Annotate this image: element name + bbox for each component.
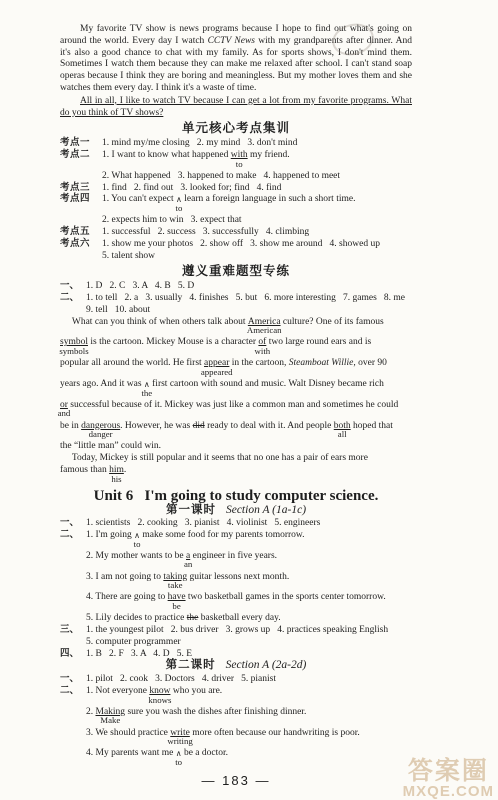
text-span: learn a foreign language in such a short… [182,194,356,204]
text-line: symbolsymbols is the cartoon. Mickey Mou… [60,337,412,358]
text-line: 1. scientists 2. cooking 3. pianist 4. v… [86,518,412,530]
text-line: 1. find 2. find out 3. looked for; find … [102,183,412,195]
answer-row: 考点三1. find 2. find out 3. looked for; fi… [60,183,412,195]
text-span: be in [60,421,81,431]
unit-heading: Unit 6 I'm going to study computer scien… [60,491,412,503]
row-content: 1. mind my/me closing 2. my mind 3. don'… [102,138,412,150]
inserted-word: to [175,758,182,767]
answer-row: 一、1. pilot 2. cook 3. Doctors 4. driver … [60,674,412,686]
corrected-word: symbols [59,347,88,356]
text-span: years ago. And it was [60,379,144,389]
row-label: 一、 [60,518,86,530]
text-span: culture? One of its famous [281,317,384,327]
answer-row: 考点一1. mind my/me closing 2. my mind 3. d… [60,138,412,150]
text-span: ready to deal with it. And people [205,421,334,431]
text-span: in the cartoon, [229,358,288,368]
correction-replace: aan [186,551,190,563]
correction-replace: AmericaAmerican [248,317,281,329]
row-content: 1. find 2. find out 3. looked for; find … [102,183,412,195]
row-content: 1. D 2. C 3. A 4. B 5. D [86,281,412,293]
text-span: 1. I'm going [86,530,134,540]
lesson-heading-2: 第二课时Section A (2a-2d) [60,660,412,672]
corrected-word: appeared [201,368,233,377]
deleted-word: did [193,421,205,431]
inserted-word: the [141,389,152,398]
text-line: 1. show me your photos 2. show off 3. sh… [102,239,412,251]
correction-insert: ∧to [176,194,182,206]
correction-insert: ∧to [176,748,182,760]
text-line: 4. My parents want me ∧to be a doctor. [86,748,412,769]
answer-row: 三、1. the youngest pilot 2. bus driver 3.… [60,625,412,649]
text-span: basketball every day. [198,613,280,623]
text-line: famous than himhis. [60,465,412,486]
deleted-word: the [187,613,199,623]
section-heading-core-points: 单元核心考点集训 [60,123,412,135]
text-line: the “little man” could win. [60,441,412,453]
text-span: engineer in five years. [190,551,277,561]
text-line: 1. mind my/me closing 2. my mind 3. don'… [102,138,412,150]
text-line: 1. to tell 2. a 3. usually 4. finishes 5… [86,293,412,305]
answer-row: 一、1. D 2. C 3. A 4. B 5. D [60,281,412,293]
row-label: 考点一 [60,138,102,150]
text-span: 1. mind my/me closing 2. my mind 3. don'… [102,138,297,148]
text-line: 3. I am not going to takingtake guitar l… [86,572,412,593]
correction-replace: appearappeared [204,358,229,370]
text-span: 5. talent show [102,251,155,261]
correction-replace: withto [231,150,248,162]
correction-replace: dangerousdanger [81,421,120,433]
text-span: 1. pilot 2. cook 3. Doctors 4. driver 5.… [86,674,276,684]
correction-replace: orand [60,400,68,412]
text-span: the “little man” could win. [60,441,161,451]
text-span: 2. expects him to win 3. expect that [102,215,242,225]
text-span: . [124,465,126,475]
corrected-word: his [111,475,121,484]
text-line: 5. computer programmer [86,637,412,649]
answer-row: 考点五1. successful 2. success 3. successfu… [60,227,412,239]
page-number: — 183 — [60,773,412,788]
text-span: be a doctor. [182,748,228,758]
lesson-heading-english: Section A (2a-2d) [226,659,307,671]
row-content: 1. You can't expect ∧to learn a foreign … [102,194,412,227]
section-heading-zunyi-practice: 遵义重难题型专练 [60,266,412,278]
corrected-word: an [184,560,192,569]
text-span: 5. computer programmer [86,637,181,647]
text-span: two basketball games in the sports cente… [186,592,386,602]
row-label: 一、 [60,281,86,293]
text-span: 2. My mother wants to be [86,551,186,561]
text-span: 1. the youngest pilot 2. bus driver 3. g… [86,625,388,635]
text-span: 1. D 2. C 3. A 4. B 5. D [86,281,194,291]
text-span: 3. I am not going to [86,572,163,582]
answer-row: 二、1. Not everyone knowknows who you are.… [60,686,412,769]
correction-replace: knowknows [149,686,170,698]
text-span: , over 90 [353,358,387,368]
row-content: 1. scientists 2. cooking 3. pianist 4. v… [86,518,412,530]
correction-replace: himhis [109,465,124,477]
text-span: is the cartoon. Mickey Mouse is a charac… [88,337,258,347]
answer-row: 二、1. I'm going ∧to make some food for my… [60,530,412,625]
text-line: be in dangerousdanger. However, he was d… [60,421,412,442]
text-line: 1. I'm going ∧to make some food for my p… [86,530,412,551]
text-line: 1. successful 2. success 3. successfully… [102,227,412,239]
text-line: 2. expects him to win 3. expect that [102,215,412,227]
answer-row: 考点二1. I want to know what happened witht… [60,150,412,183]
row-label: 考点三 [60,183,102,195]
correction-insert: ∧the [144,379,150,391]
row-content: 1. show me your photos 2. show off 3. sh… [102,239,412,263]
text-line: 4. There are going to havebe two basketb… [86,592,412,613]
corrected-word: Make [100,716,120,725]
corrected-word: danger [89,430,113,439]
text-line: 3. We should practice writewriting more … [86,728,412,749]
answer-row: 一、1. scientists 2. cooking 3. pianist 4.… [60,518,412,530]
text-span: CCTV News [208,36,255,46]
watermark-site: MXQE.COM [403,784,494,800]
text-line: 5. Lily decides to practice the basketba… [86,613,412,625]
text-span: 1. You can't expect [102,194,176,204]
row-label: 考点六 [60,239,102,263]
correction-replace: bothall [334,421,351,433]
text-line: 9. tell 10. about [86,305,412,317]
corrected-word: and [58,409,71,418]
text-span: who you are. [170,686,222,696]
text-span: 1. B 2. F 3. A 4. D 5. E [86,649,192,659]
correction-replace: writewriting [170,728,190,740]
corrected-word: take [168,581,183,590]
text-span: 3. We should practice [86,728,170,738]
answer-row: 二、1. to tell 2. a 3. usually 4. finishes… [60,293,412,317]
text-span: popular all around the world. He first [60,358,204,368]
text-line: What can you think of when others talk a… [60,317,412,338]
lesson-heading-chinese: 第一课时 [166,504,216,516]
text-span: Steamboat Willie [289,358,354,368]
text-span: 2. What happened 3. happened to make 4. … [102,171,340,181]
text-line: 1. Not everyone knowknows who you are. [86,686,412,707]
page-content: My favorite TV show is news programs bec… [60,24,412,769]
row-label: 考点四 [60,194,102,227]
lesson-heading-english: Section A (1a-1c) [226,504,306,516]
text-line: orand successful because of it. Mickey w… [60,400,412,421]
correction-replace: MakingMake [96,707,126,719]
lesson-heading-1: 第一课时Section A (1a-1c) [60,505,412,517]
text-span: make some food for my parents tomorrow. [140,530,305,540]
text-line: 2. What happened 3. happened to make 4. … [102,171,412,183]
row-label: 一、 [60,674,86,686]
corrected-word: American [247,326,282,335]
text-span: 5. Lily decides to practice [86,613,187,623]
row-label: 三、 [60,625,86,649]
correction-replace: havebe [168,592,186,604]
row-content: 1. to tell 2. a 3. usually 4. finishes 5… [86,293,412,317]
row-content: 1. I want to know what happened withto m… [102,150,412,183]
text-line: 2. My mother wants to be aan engineer in… [86,551,412,572]
text-span: my friend. [248,150,290,160]
answer-row: 考点四1. You can't expect ∧to learn a forei… [60,194,412,227]
lesson-heading-chinese: 第二课时 [166,659,216,671]
text-line: years ago. And it was ∧the first cartoon… [60,379,412,400]
corrected-word: be [172,602,180,611]
text-span: more often because our handwriting is po… [190,728,360,738]
row-label: 考点二 [60,150,102,183]
row-content: 1. pilot 2. cook 3. Doctors 4. driver 5.… [86,674,412,686]
text-line: 5. talent show [102,251,412,263]
text-span: 1. find 2. find out 3. looked for; find … [102,183,281,193]
corrected-word: writing [167,737,192,746]
text-line: Today, Mickey is still popular and it se… [60,453,412,465]
text-line: popular all around the world. He first a… [60,358,412,379]
text-line: 1. I want to know what happened withto m… [102,150,412,171]
text-span: 1. Not everyone [86,686,149,696]
inserted-word: to [134,540,141,549]
corrected-word: to [236,160,243,169]
text-span: successful because of it. Mickey was jus… [68,400,398,410]
passage-correction-block: What can you think of when others talk a… [60,317,412,486]
text-span: Today, Mickey is still popular and it se… [60,453,368,463]
text-span: . However, he was [120,421,192,431]
text-span: first cartoon with sound and music. Walt… [150,379,384,389]
text-span: 1. I want to know what happened [102,150,231,160]
correction-replace: takingtake [163,572,187,584]
correction-replace: symbolsymbols [60,337,88,349]
row-label: 二、 [60,530,86,625]
row-content: 1. I'm going ∧to make some food for my p… [86,530,412,625]
text-span: 1. successful 2. success 3. successfully… [102,227,309,237]
text-line: 1. D 2. C 3. A 4. B 5. D [86,281,412,293]
row-label: 四、 [60,649,86,661]
text-span: 1. scientists 2. cooking 3. pianist 4. v… [86,518,320,528]
scanned-answer-page: My favorite TV show is news programs bec… [0,0,498,800]
correction-replace: ofwith [258,337,266,349]
answer-row: 考点六1. show me your photos 2. show off 3.… [60,239,412,263]
closing-paragraph: All in all, I like to watch TV because I… [60,96,412,120]
text-span: All in all, I like to watch TV because I… [60,96,412,118]
text-span: famous than [60,465,109,475]
corrected-word: with [255,347,271,356]
text-line: 1. the youngest pilot 2. bus driver 3. g… [86,625,412,637]
text-line: 2. MakingMake sure you wash the dishes a… [86,707,412,728]
corrected-word: knows [148,696,171,705]
text-line: 1. You can't expect ∧to learn a foreign … [102,194,412,215]
watermark: 答案圈 MXQE.COM [403,758,494,800]
text-span: guitar lessons next month. [187,572,289,582]
text-span: What can you think of when others talk a… [60,317,248,327]
text-span: 1. to tell 2. a 3. usually 4. finishes 5… [86,293,405,303]
watermark-logo: 答案圈 [403,758,494,784]
corrected-word: all [338,430,347,439]
text-span: 1. show me your photos 2. show off 3. sh… [102,239,380,249]
correction-insert: ∧to [134,530,140,542]
text-span: 4. There are going to [86,592,168,602]
text-span: hoped that [351,421,393,431]
text-line: 1. pilot 2. cook 3. Doctors 4. driver 5.… [86,674,412,686]
row-label: 二、 [60,686,86,769]
row-content: 1. Not everyone knowknows who you are.2.… [86,686,412,769]
row-content: 1. successful 2. success 3. successfully… [102,227,412,239]
text-span: 9. tell 10. about [86,305,150,315]
inserted-word: to [176,204,183,213]
row-content: 1. the youngest pilot 2. bus driver 3. g… [86,625,412,649]
text-span: 4. My parents want me [86,748,176,758]
row-label: 二、 [60,293,86,317]
text-span: two large round ears and is [266,337,371,347]
text-span: sure you wash the dishes after finishing… [125,707,306,717]
row-label: 考点五 [60,227,102,239]
text-span: 2. [86,707,96,717]
